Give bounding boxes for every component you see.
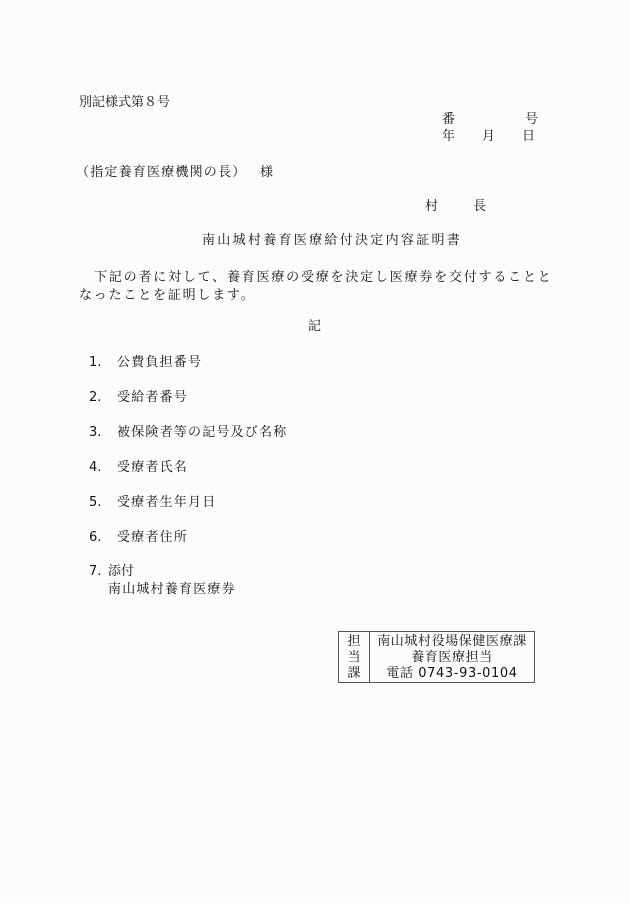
sender-village: 村 [425,200,438,213]
attachment-detail: 南山城村養育医療券 [108,583,236,596]
reference-number-label: 番 [442,113,455,126]
body-paragraph: 下記の者に対して、養育医療の受療を決定し医療券を交付することとなったことを証明し… [79,269,553,305]
item-number: 6. [89,531,117,544]
date-year-label: 年 [442,130,455,143]
list-item: 2.受給者番号 [89,391,188,404]
reference-number-suffix: 号 [525,113,538,126]
contact-section: 養育医療担当 [411,650,493,666]
contact-phone: 電話 0743-93-0104 [386,666,517,682]
list-item: 6.受療者住所 [89,531,188,544]
item-label: 添付 [108,564,134,579]
form-number: 別記様式第８号 [79,96,170,109]
sender-chief: 長 [473,200,486,213]
item-number: 1. [89,356,117,369]
contact-header-char: 担 [347,634,360,650]
contact-header-char: 課 [347,666,360,682]
item-label: 公費負担番号 [117,355,202,370]
contact-header: 担 当 課 [339,632,370,682]
item-number: 7. [89,565,108,578]
item-number: 2. [89,391,117,404]
attachment-item: 7.添付 [89,565,134,578]
item-label: 受給者番号 [117,390,188,405]
contact-box: 担 当 課 南山城村役場保健医療課 養育医療担当 電話 0743-93-0104 [338,631,535,683]
item-number: 4. [89,461,117,474]
document-title: 南山城村養育医療給付決定内容証明書 [202,234,462,247]
list-item: 1.公費負担番号 [89,356,202,369]
item-number: 5. [89,496,117,509]
honorific: 様 [260,166,273,179]
item-number: 3. [89,426,117,439]
date-month-label: 月 [482,130,495,143]
ki-heading: 記 [308,320,321,333]
contact-department: 南山城村役場保健医療課 [377,634,527,650]
date-day-label: 日 [522,130,535,143]
item-label: 受療者氏名 [117,460,188,475]
item-label: 被保険者等の記号及び名称 [117,425,287,440]
item-label: 受療者生年月日 [117,495,216,510]
addressee: （指定養育医療機関の長） [76,166,246,179]
item-label: 受療者住所 [117,530,188,545]
list-item: 5.受療者生年月日 [89,496,216,509]
list-item: 3.被保険者等の記号及び名称 [89,426,287,439]
contact-details: 南山城村役場保健医療課 養育医療担当 電話 0743-93-0104 [370,632,534,682]
list-item: 4.受療者氏名 [89,461,188,474]
contact-header-char: 当 [347,650,360,666]
